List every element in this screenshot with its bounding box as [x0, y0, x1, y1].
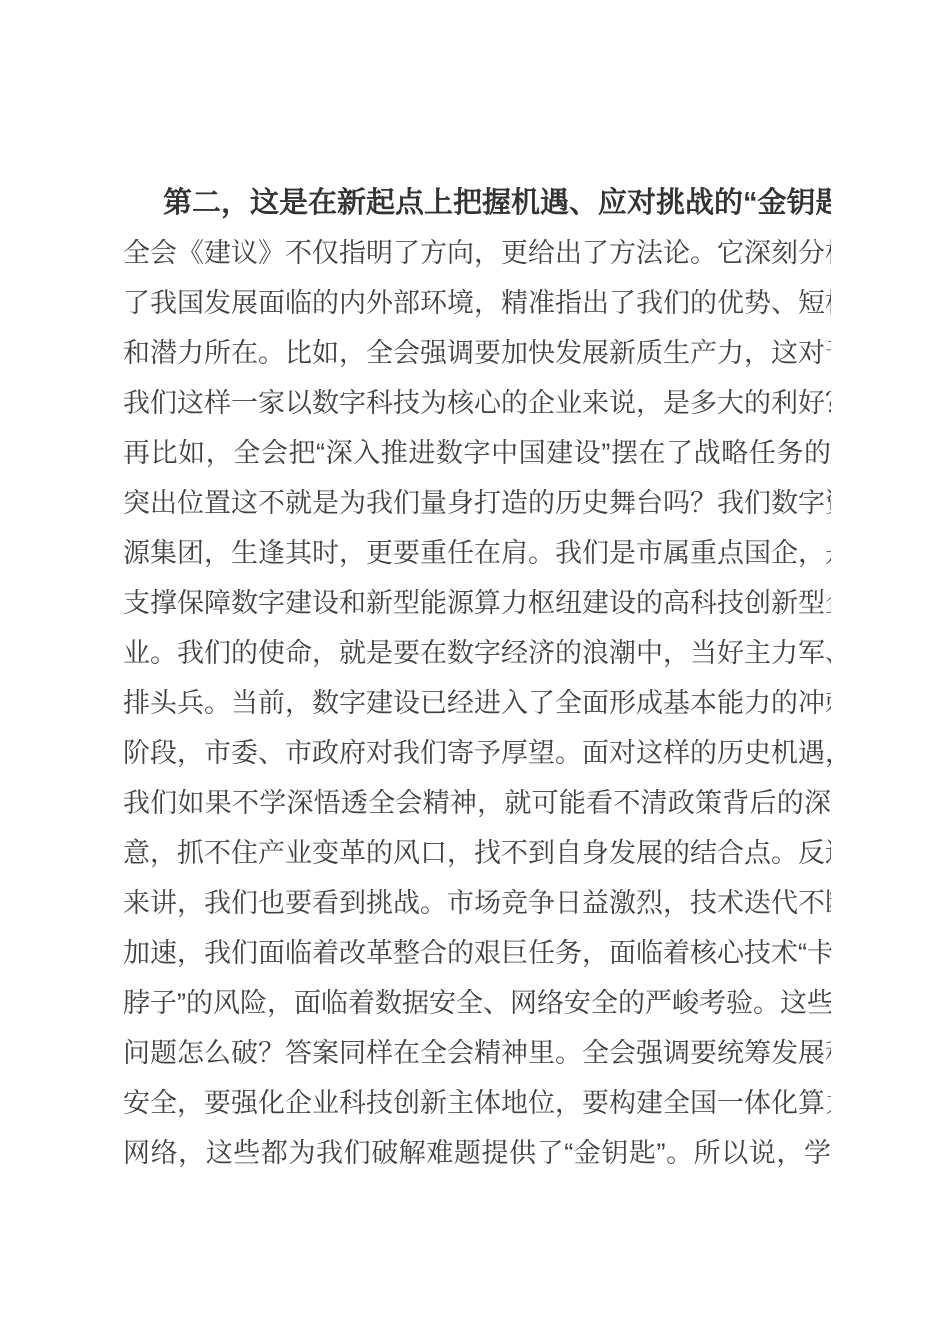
text-line: 我们这样一家以数字科技为核心的企业来说，是多大的利好？	[123, 378, 831, 428]
paragraph-body: 全会《建议》不仅指明了方向，更给出了方法论。它深刻分析了我国发展面临的内外部环境…	[123, 228, 831, 1178]
text-line: 全会《建议》不仅指明了方向，更给出了方法论。它深刻分析	[123, 228, 831, 278]
paragraph-heading: 第二，这是在新起点上把握机遇、应对挑战的“金钥匙”。	[123, 178, 831, 228]
text-line: 突出位置这不就是为我们量身打造的历史舞台吗？我们数字资	[123, 478, 831, 528]
text-line: 我们如果不学深悟透全会精神，就可能看不清政策背后的深	[123, 778, 831, 828]
paragraph-block: 第二，这是在新起点上把握机遇、应对挑战的“金钥匙”。 全会《建议》不仅指明了方向…	[123, 178, 831, 1178]
document-page: 第二，这是在新起点上把握机遇、应对挑战的“金钥匙”。 全会《建议》不仅指明了方向…	[0, 0, 950, 1344]
text-line: 安全，要强化企业科技创新主体地位，要构建全国一体化算力	[123, 1078, 831, 1128]
text-line: 来讲，我们也要看到挑战。市场竞争日益激烈，技术迭代不断	[123, 878, 831, 928]
text-line: 支撑保障数字建设和新型能源算力枢纽建设的高科技创新型企	[123, 578, 831, 628]
text-line: 阶段，市委、市政府对我们寄予厚望。面对这样的历史机遇，	[123, 728, 831, 778]
text-line: 再比如，全会把“深入推进数字中国建设”摆在了战略任务的	[123, 428, 831, 478]
text-line: 了我国发展面临的内外部环境，精准指出了我们的优势、短板	[123, 278, 831, 328]
text-line: 加速，我们面临着改革整合的艰巨任务，面临着核心技术“卡	[123, 928, 831, 978]
text-line: 网络，这些都为我们破解难题提供了“金钥匙”。所以说，学	[123, 1128, 831, 1178]
text-line: 业。我们的使命，就是要在数字经济的浪潮中，当好主力军、	[123, 628, 831, 678]
text-line: 问题怎么破？答案同样在全会精神里。全会强调要统筹发展和	[123, 1028, 831, 1078]
text-line: 意，抓不住产业变革的风口，找不到自身发展的结合点。反过	[123, 828, 831, 878]
text-line: 和潜力所在。比如，全会强调要加快发展新质生产力，这对于	[123, 328, 831, 378]
text-line: 排头兵。当前，数字建设已经进入了全面形成基本能力的冲刺	[123, 678, 831, 728]
text-line: 脖子”的风险，面临着数据安全、网络安全的严峻考验。这些	[123, 978, 831, 1028]
text-line: 源集团，生逢其时，更要重任在肩。我们是市属重点国企，是	[123, 528, 831, 578]
